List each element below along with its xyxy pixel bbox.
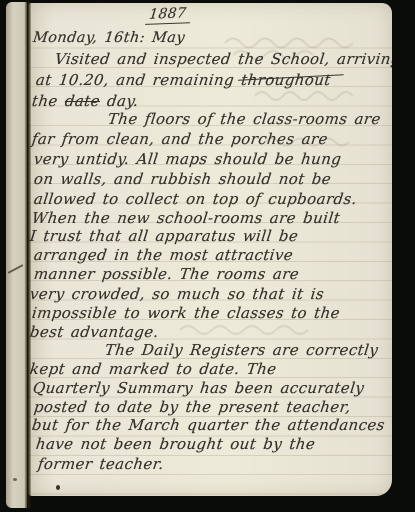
ink-speck [56,485,60,490]
entry-line-3-struck-word: date [64,92,101,110]
entry-line-13: very crowded, so much so that it is [29,285,325,303]
entry-line-2-text: at 10.20, and remaining [35,71,243,89]
entry-line-3-text: the [31,92,66,110]
entry-line-3-text-after: day. [99,92,140,110]
entry-line-22: former teacher. [37,455,165,473]
entry-line-2: at 10.20, and remaining throughout [35,71,332,89]
show-through-ink [178,321,348,337]
year-heading: 1887 [145,5,192,25]
entry-line-14: impossible to work the classes to the [31,304,341,322]
entry-line-19: posted to date by the present teacher, [33,398,352,416]
binding-gutter [25,2,31,508]
entry-line-7: on walls, and rubbish should not be [33,170,332,188]
entry-line-5: far from clean, and the porches are [31,130,329,148]
show-through-ink [253,87,373,103]
entry-line-4: The floors of the class-rooms are [107,110,382,128]
entry-line-3: the date day. [31,92,140,110]
entry-line-16: The Daily Registers are correctly [104,341,379,359]
entry-line-11: arranged in the most attractive [33,246,294,264]
entry-line-8: allowed to collect on top of cupboards. [33,190,358,208]
entry-line-21: have not been brought out by the [35,435,316,453]
entry-line-17: kept and marked to date. The [29,360,278,378]
previous-page-edge [6,2,27,508]
logbook-page: 1887 Monday, 16th: May Visited and inspe… [28,3,392,496]
entry-line-9: When the new school-rooms are built [31,209,341,227]
previous-page-ink-dot [13,478,17,481]
photographed-logbook: 1887 Monday, 16th: May Visited and inspe… [0,0,415,512]
entry-line-18: Quarterly Summary has been accurately [32,379,365,397]
entry-line-10: I trust that all apparatus will be [29,227,299,245]
entry-line-12: manner possible. The rooms are [33,265,300,283]
entry-line-1: Visited and inspected the School, arrivi… [54,50,392,68]
entry-line-6: very untidy. All maps should be hung [33,150,343,168]
entry-line-2-crossed-word: throughout [240,71,332,89]
entry-line-15: best advantage. [29,323,160,341]
entry-line-20: but for the March quarter the attendance… [31,416,386,434]
date-heading: Monday, 16th: May [32,30,186,46]
